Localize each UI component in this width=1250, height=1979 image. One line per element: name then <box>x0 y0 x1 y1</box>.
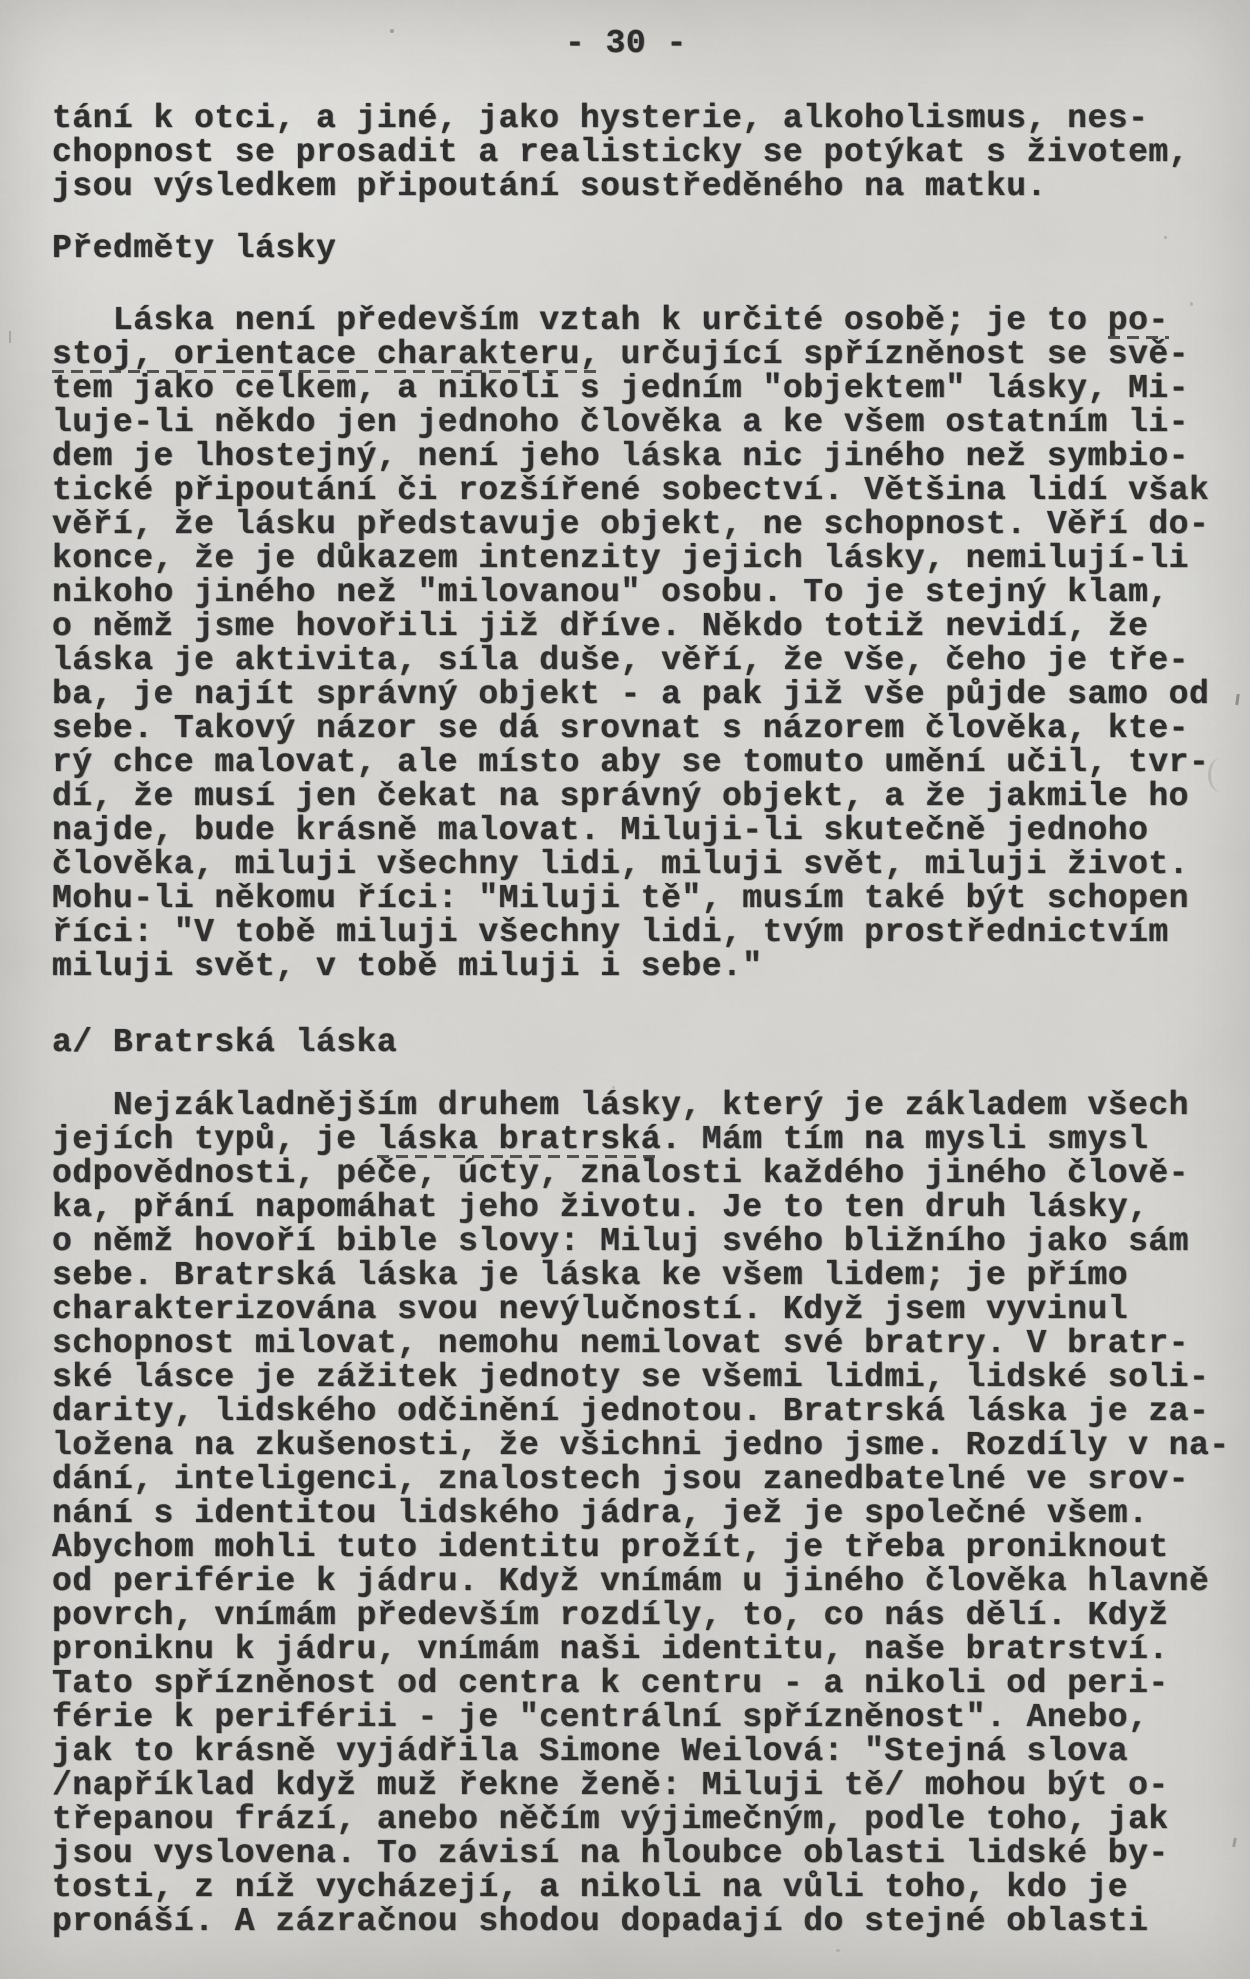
text-line: odpovědnosti, péče, úcty, znalosti každé… <box>52 1157 1232 1191</box>
text-line: /například když muž řekne ženě: Miluji t… <box>52 1769 1232 1803</box>
text-line: tosti, z níž vycházejí, a nikoli na vůli… <box>52 1871 1232 1905</box>
text-line: sebe. Takový názor se dá srovnat s názor… <box>52 712 1232 746</box>
text-line: ba, je najít správný objekt - a pak již … <box>52 678 1232 712</box>
paragraph-objects-of-love: Láska není především vztah k určité osob… <box>52 304 1232 984</box>
text-line: tické připoutání či rozšířené sobectví. … <box>52 474 1232 508</box>
text-line: konce, že je důkazem intenzity jejich lá… <box>52 542 1232 576</box>
text-line: darity, lidského odčinění jednotou. Brat… <box>52 1395 1232 1429</box>
text-line: stoj, orientace charakteru, určující spř… <box>52 338 1232 372</box>
text-line: tem jako celkem, a nikoli s jedním "obje… <box>52 372 1232 406</box>
text-line: dání, inteligenci, znalostech jsou zaned… <box>52 1463 1232 1497</box>
scan-artifact <box>1235 694 1240 705</box>
text-line: Abychom mohli tuto identitu prožít, je t… <box>52 1531 1232 1565</box>
text-line: o němž jsme hovořili již dříve. Někdo to… <box>52 610 1232 644</box>
text-line: dí, že musí jen čekat na správný objekt,… <box>52 780 1232 814</box>
text-line: sebe. Bratrská láska je láska ke všem li… <box>52 1259 1232 1293</box>
text-line: jejích typů, je láska bratrská. Mám tím … <box>52 1123 1232 1157</box>
text-line: ské lásce je zážitek jednoty se všemi li… <box>52 1361 1232 1395</box>
heading-objects-of-love: Předměty lásky <box>52 232 1232 266</box>
text-line: charakterizována svou nevýlučností. Když… <box>52 1293 1232 1327</box>
text-line: od periférie k jádru. Když vnímám u jiné… <box>52 1565 1232 1599</box>
text-line: věří, že lásku představuje objekt, ne sc… <box>52 508 1232 542</box>
text-line: najde, bude krásně malovat. Miluji-li sk… <box>52 814 1232 848</box>
text-line: dem je lhostejný, není jeho láska nic ji… <box>52 440 1232 474</box>
text-line: luje-li někdo jen jednoho člověka a ke v… <box>52 406 1232 440</box>
text-line: schopnost milovat, nemohu nemilovat své … <box>52 1327 1232 1361</box>
text-line: jsou vyslovena. To závisí na hloubce obl… <box>52 1837 1232 1871</box>
underlined-text: stoj, orientace charakteru, <box>52 336 600 373</box>
text-line: povrch, vnímám především rozdíly, to, co… <box>52 1599 1232 1633</box>
text-line: o němž hovoří bible slovy: Miluj svého b… <box>52 1225 1232 1259</box>
text-line: Mohu-li někomu říci: "Miluji tě", musím … <box>52 882 1232 916</box>
text-line: chopnost se prosadit a realisticky se po… <box>52 136 1232 170</box>
text-line: láska je aktivita, síla duše, věří, že v… <box>52 644 1232 678</box>
text-line: člověka, miluji všechny lidi, miluji svě… <box>52 848 1232 882</box>
document-content: tání k otci, a jiné, jako hysterie, alko… <box>52 102 1232 1939</box>
text-line: férie k periférii - je "centrální spřízn… <box>52 1701 1232 1735</box>
text-line: proniknu k jádru, vnímám naši identitu, … <box>52 1633 1232 1667</box>
scan-artifact <box>390 29 394 33</box>
scan-artifact <box>1232 1838 1237 1847</box>
heading-brotherly-love: a/ Bratrská láska <box>52 1026 1232 1060</box>
paragraph-brotherly-love: Nejzákladnějším druhem lásky, který je z… <box>52 1089 1232 1939</box>
text-line: Nejzákladnějším druhem lásky, který je z… <box>52 1089 1232 1123</box>
scan-artifact <box>836 1949 840 1952</box>
text-line: ložena na zkušenosti, že všichni jedno j… <box>52 1429 1232 1463</box>
text-line: rý chce malovat, ale místo aby se tomuto… <box>52 746 1232 780</box>
text-line: třepanou frází, anebo něčím výjimečným, … <box>52 1803 1232 1837</box>
underlined-text: láska bratrská <box>377 1121 661 1158</box>
text-line: Tato spřízněnost od centra k centru - a … <box>52 1667 1232 1701</box>
underlined-text: po- <box>1108 302 1169 339</box>
text-line: nání s identitou lidského jádra, jež je … <box>52 1497 1232 1531</box>
scan-artifact <box>9 331 11 343</box>
text-line: jsou výsledkem připoutání soustředěného … <box>52 170 1232 204</box>
text-line: tání k otci, a jiné, jako hysterie, alko… <box>52 102 1232 136</box>
text-line: jak to krásně vyjádřila Simone Weilová: … <box>52 1735 1232 1769</box>
text-line: nikoho jiného než "milovanou" osobu. To … <box>52 576 1232 610</box>
text-line: říci: "V tobě miluji všechny lidi, tvým … <box>52 916 1232 950</box>
scanned-page: - 30 - tání k otci, a jiné, jako hysteri… <box>0 0 1250 1979</box>
text-line: pronáší. A zázračnou shodou dopadají do … <box>52 1905 1232 1939</box>
text-line: miluji svět, v tobě miluji i sebe." <box>52 950 1232 984</box>
text-line: Láska není především vztah k určité osob… <box>52 304 1232 338</box>
paragraph-mother-fixation: tání k otci, a jiné, jako hysterie, alko… <box>52 102 1232 204</box>
text-line: ka, přání napomáhat jeho životu. Je to t… <box>52 1191 1232 1225</box>
page-number: - 30 - <box>565 27 687 61</box>
